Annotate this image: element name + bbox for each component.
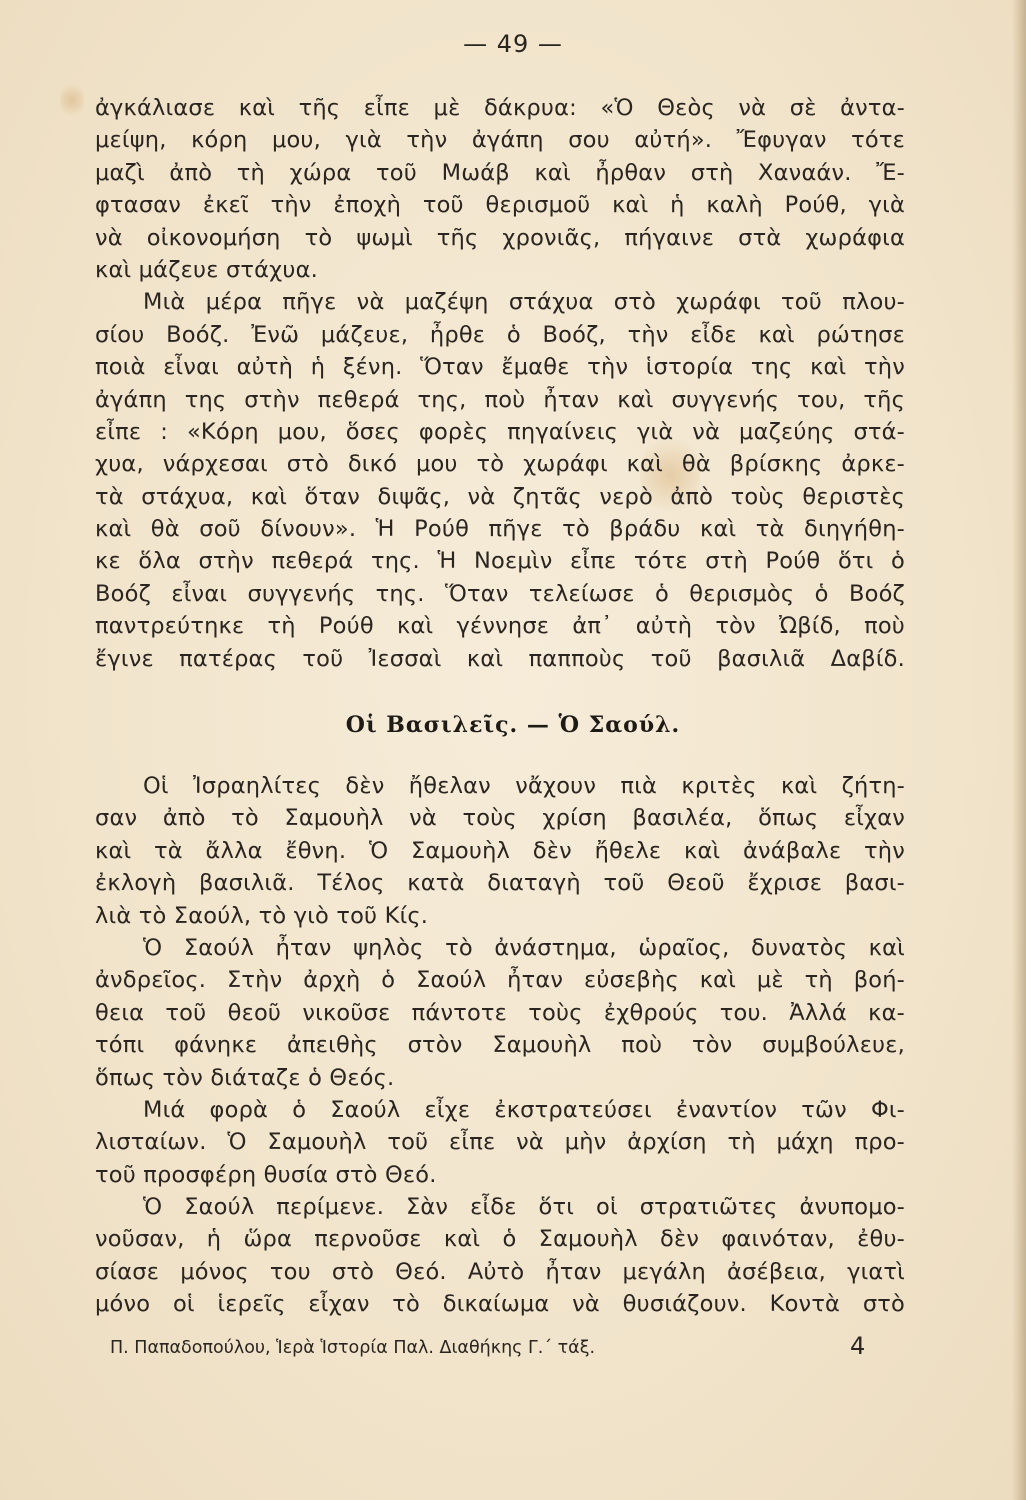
sheet-number: 4	[850, 1332, 865, 1360]
text-line: θεια τοῦ θεοῦ νικοῦσε πάντοτε τοὺς ἐχθρο…	[95, 997, 905, 1029]
text-line: μόνο οἱ ἱερεῖς εἶχαν τὸ δικαίωμα νὰ θυσι…	[95, 1288, 905, 1320]
text-line: φτασαν ἐκεῖ τὴν ἐποχὴ τοῦ θερισμοῦ καὶ ἡ…	[95, 189, 905, 221]
text-line: κε ὅλα στὴν πεθερά της. Ἡ Νοεμὶν εἶπε τό…	[95, 545, 905, 577]
text-line: ποιὰ εἶναι αὐτὴ ἡ ξένη. Ὅταν ἔμαθε τὴν ἱ…	[95, 351, 905, 383]
text-line: Βοόζ εἶναι συγγενής της. Ὅταν τελείωσε ὁ…	[95, 578, 905, 610]
text-line: Ὁ Σαούλ περίμενε. Σὰν εἶδε ὅτι οἱ στρατι…	[95, 1191, 905, 1223]
text-line: Ὁ Σαούλ ἦταν ψηλὸς τὸ ἀνάστημα, ὡραῖος, …	[95, 932, 905, 964]
text-line: τὰ στάχυα, καὶ ὅταν διψᾶς, νὰ ζητᾶς νερὸ…	[95, 481, 905, 513]
page-number: — 49 —	[0, 30, 1026, 58]
text-line: παντρεύτηκε τὴ Ρούθ καὶ γέννησε ἀπ᾽ αὐτὴ…	[95, 610, 905, 642]
text-line: ἀνδρεῖος. Στὴν ἀρχὴ ὁ Σαούλ ἦταν εὐσεβὴς…	[95, 964, 905, 996]
text-line: τόπι φάνηκε ἀπειθὴς στὸν Σαμουὴλ ποὺ τὸν…	[95, 1029, 905, 1061]
text-line: σίου Βοόζ. Ἐνῶ μάζευε, ἦρθε ὁ Βοόζ, τὴν …	[95, 319, 905, 351]
text-line: ἀγάπη της στὴν πεθερά της, ποὺ ἦταν καὶ …	[95, 384, 905, 416]
text-line: χυα, νάρχεσαι στὸ δικό μου τὸ χωράφι καὶ…	[95, 448, 905, 480]
text-line: Οἱ Ἰσραηλίτες δὲν ἤθελαν νἄχουν πιὰ κριτ…	[95, 770, 905, 802]
text-line: ἀγκάλιασε καὶ τῆς εἶπε μὲ δάκρυα: «Ὁ Θεὸ…	[95, 92, 905, 124]
text-line: τοῦ προσφέρη θυσία στὸ Θεό.	[95, 1159, 905, 1191]
text-line: λιὰ τὸ Σαούλ, τὸ γιὸ τοῦ Κίς.	[95, 900, 905, 932]
section-heading: Οἱ Βασιλεῖς. — Ὁ Σαούλ.	[0, 712, 1026, 738]
section-saul-text: Οἱ Ἰσραηλίτες δὲν ἤθελαν νἄχουν πιὰ κριτ…	[95, 770, 905, 1321]
text-line: ἔγινε πατέρας τοῦ Ἰεσσαὶ καὶ παπποὺς τοῦ…	[95, 643, 905, 675]
text-line: ὅπως τὸν διάταζε ὁ Θεός.	[95, 1062, 905, 1094]
text-line: σίασε μόνος του στὸ Θεό. Αὐτὸ ἦταν μεγάλ…	[95, 1256, 905, 1288]
text-line: καὶ θὰ σοῦ δίνουν». Ἡ Ρούθ πῆγε τὸ βράδυ…	[95, 513, 905, 545]
text-line: μείψη, κόρη μου, γιὰ τὴν ἀγάπη σου αὐτή»…	[95, 124, 905, 156]
footer-signature: Π. Παπαδοπούλου, Ἱερὰ Ἱστορία Παλ. Διαθή…	[110, 1338, 595, 1358]
text-line: νὰ οἰκονομήση τὸ ψωμὶ τῆς χρονιᾶς, πήγαι…	[95, 222, 905, 254]
text-line: σαν ἀπὸ τὸ Σαμουὴλ νὰ τοὺς χρίση βασιλέα…	[95, 802, 905, 834]
paper-stain	[60, 80, 84, 120]
text-line: Μιά φορὰ ὁ Σαούλ εἶχε ἐκστρατεύσει ἐναντ…	[95, 1094, 905, 1126]
section-ruth-text: ἀγκάλιασε καὶ τῆς εἶπε μὲ δάκρυα: «Ὁ Θεὸ…	[95, 92, 905, 675]
text-line: καὶ μάζευε στάχυα.	[95, 254, 905, 286]
text-line: λισταίων. Ὁ Σαμουὴλ τοῦ εἶπε νὰ μὴν ἀρχί…	[95, 1126, 905, 1158]
text-line: Μιὰ μέρα πῆγε νὰ μαζέψη στάχυα στὸ χωράφ…	[95, 286, 905, 318]
text-line: νοῦσαν, ἡ ὥρα περνοῦσε καὶ ὁ Σαμουὴλ δὲν…	[95, 1223, 905, 1255]
text-line: καὶ τὰ ἄλλα ἔθνη. Ὁ Σαμουὴλ δὲν ἤθελε κα…	[95, 835, 905, 867]
text-line: ἐκλογὴ βασιλιᾶ. Τέλος κατὰ διαταγὴ τοῦ Θ…	[95, 867, 905, 899]
text-line: εἶπε : «Κόρη μου, ὅσες φορὲς πηγαίνεις γ…	[95, 416, 905, 448]
page-edge-shadow	[1012, 0, 1026, 1500]
text-line: μαζὶ ἀπὸ τὴ χώρα τοῦ Μωάβ καὶ ἦρθαν στὴ …	[95, 157, 905, 189]
